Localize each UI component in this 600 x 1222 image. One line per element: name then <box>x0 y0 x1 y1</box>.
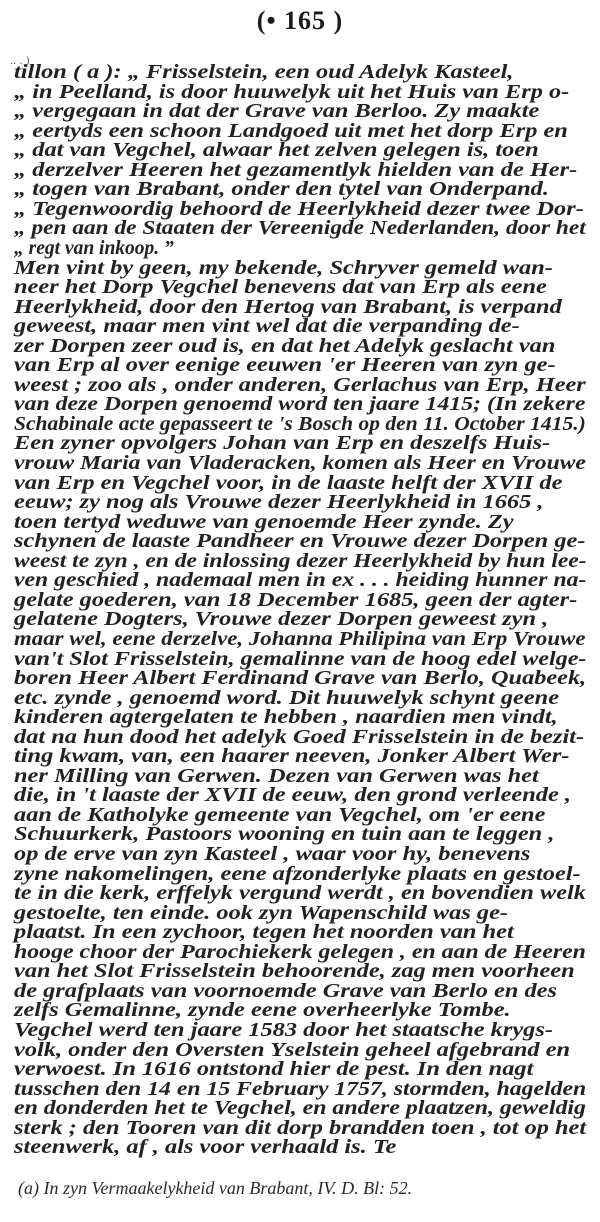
footnote: (a) In zyn Vermaakelykheid van Brabant, … <box>18 1178 412 1199</box>
text-line: steenwerk, af , als voor verhaald is. Te <box>14 1137 396 1159</box>
page-number: (• 165 ) <box>0 6 600 36</box>
document-page: (• 165 ) .. . ) tillon ( a ): „ Frissels… <box>0 0 600 1222</box>
